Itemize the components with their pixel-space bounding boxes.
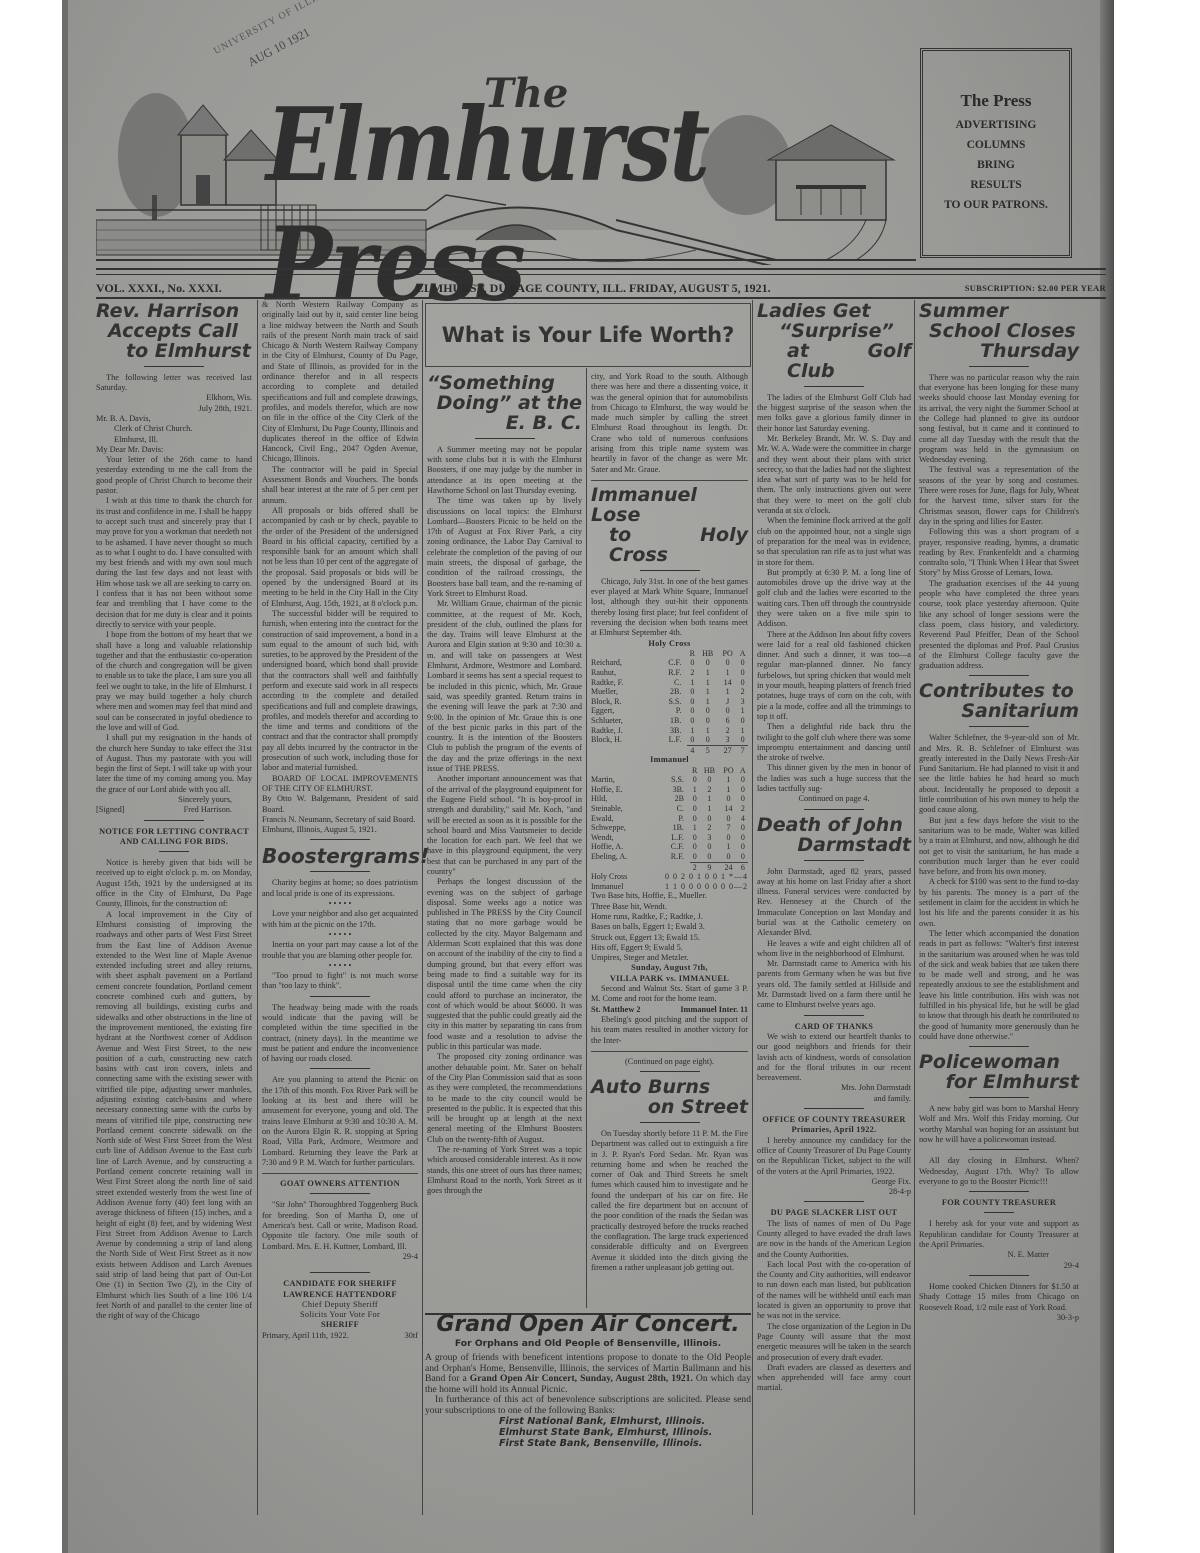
boostergram: Love your neighbor and also get acquaint… bbox=[262, 909, 418, 930]
headline-immanuel-lose: Immanuel Lose to Holy Cross bbox=[591, 486, 748, 566]
column-4: city, and York Road to the south. Althou… bbox=[591, 372, 748, 1273]
article-text: The proposed city zoning ordinance was a… bbox=[427, 1052, 582, 1145]
article-text: Notice is hereby given that bids will be… bbox=[96, 858, 252, 909]
article-text: The letter which accompanied the donatio… bbox=[919, 929, 1079, 1042]
sheriff-ad: Chief Deputy Sheriff bbox=[262, 1300, 418, 1310]
volume-number: VOL. XXXI., No. XXXI. bbox=[96, 281, 222, 296]
headline-something-doing: “Something Doing” at the E. B. C. bbox=[427, 374, 582, 434]
article-text: The time was taken up by lively discussi… bbox=[427, 496, 582, 599]
article-text: Home cooked Chicken Dinners for $1.50 at… bbox=[919, 1282, 1079, 1313]
divider bbox=[984, 1212, 1014, 1213]
box-score-row: Eggert,P.0001 bbox=[591, 706, 748, 716]
article-text: But just a few days before the visit to … bbox=[919, 816, 1079, 878]
continued-note: (Continued on page eight). bbox=[591, 1057, 748, 1067]
headline-line: to Holy Cross bbox=[591, 526, 748, 566]
signed-label: [Signed] bbox=[96, 805, 125, 815]
headline-line: Contributes to bbox=[919, 682, 1079, 702]
bank-list: First National Bank, Elmhurst, Illinois.… bbox=[499, 1416, 751, 1449]
headline-line: Ladies Get bbox=[757, 302, 911, 322]
headline-summer-school: Summer School Closes Thursday bbox=[919, 302, 1079, 362]
box-score-row: Reichard,C.F.0000 bbox=[591, 658, 748, 668]
headline-auto-burns: Auto Burns on Street bbox=[591, 1078, 748, 1118]
divider bbox=[804, 386, 864, 387]
article-text: John Darmstadt, aged 82 years, passed aw… bbox=[757, 867, 911, 939]
box-score-holy-cross: RHBPOAReichard,C.F.0000Rauhut,R.F.2110Ra… bbox=[591, 649, 748, 756]
divider bbox=[310, 1068, 370, 1069]
divider bbox=[969, 726, 1029, 727]
article-text: Each local Post with the co-operation of… bbox=[757, 1260, 911, 1322]
article-text: Perhaps the longest discussion of the ev… bbox=[427, 877, 582, 1052]
concert-text: In furtherance of this act of benevolenc… bbox=[425, 1395, 751, 1416]
divider bbox=[969, 1046, 1029, 1047]
article-text: I hope from the bottom of my heart that … bbox=[96, 630, 252, 733]
divider bbox=[310, 839, 370, 840]
adbox-line: ADVERTISING bbox=[956, 115, 1037, 135]
bank-name: First National Bank, Elmhurst, Illinois. bbox=[499, 1416, 751, 1427]
article-text: He leaves a wife and eight children all … bbox=[757, 939, 911, 960]
advertising-box: The Press ADVERTISING COLUMNS BRING RESU… bbox=[920, 48, 1072, 258]
board-signature: Elmhurst, Illinois, August 5, 1921. bbox=[262, 825, 418, 835]
ad-code: 30-3-p bbox=[919, 1313, 1079, 1323]
column-divider bbox=[422, 300, 423, 1515]
article-text: This dinner given by the men in honor of… bbox=[757, 763, 911, 794]
box-score-row: Steinable,C.01142 bbox=[591, 804, 748, 814]
article-text: I shall put my resignation in the hands … bbox=[96, 733, 252, 795]
article-text: On Tuesday shortly before 11 P. M. the F… bbox=[591, 1129, 748, 1273]
letter-signature: [Signed] Fred Harrison. bbox=[96, 805, 252, 815]
concert-date: Grand Open Air Concert, Sunday, August 2… bbox=[470, 1373, 693, 1384]
board-name: BOARD OF LOCAL IMPROVEMENTS OF THE CITY … bbox=[262, 774, 418, 795]
notice-title: NOTICE FOR LETTING CONTRACT AND CALLING … bbox=[96, 827, 252, 848]
thanks-signature: Mrs. John Darmstadt bbox=[757, 1083, 911, 1093]
article-text: Mr. Darmstadt came to America with his p… bbox=[757, 959, 911, 1010]
letter-date: July 28th, 1921. bbox=[96, 404, 252, 414]
page-edge-left bbox=[62, 0, 68, 1553]
divider bbox=[144, 820, 204, 821]
column-2: & North Western Railway Company as origi… bbox=[262, 300, 418, 1341]
divider bbox=[640, 1071, 700, 1072]
article-text: Mr. William Graue, chairman of the picni… bbox=[427, 599, 582, 774]
sheriff-ad: CANDIDATE FOR SHERIFF bbox=[262, 1279, 418, 1289]
box-score-row: Radtke, J.3B.1121 bbox=[591, 726, 748, 736]
ad-code: 29-4 bbox=[919, 1261, 1079, 1271]
box-score-totals: 29246 bbox=[591, 862, 748, 872]
headline-line: at Golf Club bbox=[757, 342, 911, 382]
sheriff-ad: Solicits Your Vote For bbox=[262, 1310, 418, 1320]
sheriff-ad: SHERIFF bbox=[262, 1320, 418, 1330]
concert-title: Grand Open Air Concert. bbox=[425, 1320, 751, 1331]
article-text: There was no particular reason why the r… bbox=[919, 373, 1079, 466]
box-score-row: Hoffie, A.C.F.0010 bbox=[591, 842, 748, 852]
signer-name: Fred Harrison. bbox=[184, 805, 232, 815]
boostergram: Are you planning to attend the Picnic on… bbox=[262, 1075, 418, 1168]
treasurer-signature: N. E. Matter bbox=[919, 1250, 1079, 1260]
headline-line: “Surprise” bbox=[757, 322, 911, 342]
column-divider bbox=[257, 300, 258, 1515]
separator-dots: • • • • • bbox=[262, 899, 418, 909]
article-text: Your letter of the 26th came to hand yes… bbox=[96, 455, 252, 496]
article-text: Another important announcement was that … bbox=[427, 774, 582, 877]
dateline: VOL. XXXI., No. XXXI. ELMHURST, DU PAGE … bbox=[96, 280, 1106, 296]
box-score-row: Block, R.S.S.01J3 bbox=[591, 697, 748, 707]
headline-line: Darmstadt bbox=[757, 836, 911, 856]
divider bbox=[969, 1097, 1029, 1098]
headline-death-darmstadt: Death of John Darmstadt bbox=[757, 816, 911, 856]
headline-line: Doing” at the bbox=[427, 394, 582, 414]
masthead: The Elmhurst Press bbox=[96, 45, 916, 265]
game-notes: Two Base hits, Hoffie, E., Mueller.Three… bbox=[591, 891, 748, 963]
game-note: Bases on balls, Eggert 1; Ewald 3. bbox=[591, 922, 748, 932]
divider bbox=[591, 480, 748, 481]
treasurer-subtitle: Primaries, April 1922. bbox=[757, 1125, 911, 1135]
treasurer-title: OFFICE OF COUNTY TREASURER bbox=[757, 1115, 911, 1125]
headline-line: “Something bbox=[427, 374, 582, 394]
bank-name: Elmhurst State Bank, Elmhurst, Illinois. bbox=[499, 1427, 751, 1438]
article-text: Second and Walnut Sts. Start of game 3 P… bbox=[591, 984, 748, 1005]
headline-line: Summer bbox=[919, 302, 1079, 322]
article-text: The contractor will be paid in Special A… bbox=[262, 465, 418, 506]
column-divider bbox=[914, 300, 915, 1515]
column-1: Rev. Harrison Accepts Call to Elmhurst T… bbox=[96, 300, 252, 1322]
column-divider bbox=[752, 300, 753, 1515]
divider bbox=[804, 860, 864, 861]
adbox-line: BRING bbox=[977, 155, 1015, 175]
box-score-row: Schweppe,1B.1270 bbox=[591, 823, 748, 833]
letter-salutation: My Dear Mr. Davis: bbox=[96, 445, 252, 455]
adbox-line: COLUMNS bbox=[967, 135, 1026, 155]
box-score-row: Wendt,L.F.0300 bbox=[591, 833, 748, 843]
article-text: Following this was a short program of a … bbox=[919, 527, 1079, 578]
separator-dots: • • • • • bbox=[262, 961, 418, 971]
goat-title: GOAT OWNERS ATTENTION bbox=[262, 1179, 418, 1189]
article-text: I hereby announce my candidacy for the o… bbox=[757, 1136, 911, 1177]
article-text: The following letter was received last S… bbox=[96, 373, 252, 394]
concert-subtitle: For Orphans and Old People of Bensenvill… bbox=[425, 1339, 751, 1350]
concert-text: A group of friends with beneficent inten… bbox=[425, 1353, 751, 1395]
article-text: A new baby girl was born to Marshal Henr… bbox=[919, 1104, 1079, 1145]
column-6: Summer School Closes Thursday There was … bbox=[919, 300, 1079, 1323]
article-text: All proposals or bids offered shall be a… bbox=[262, 506, 418, 609]
headline-line: Sanitarium bbox=[919, 702, 1079, 722]
treasurer-signature: George Fix. bbox=[757, 1177, 911, 1187]
game-note: Three Base hit, Wendt. bbox=[591, 902, 748, 912]
divider bbox=[969, 1149, 1029, 1150]
article-text: A check for $100 was sent to the fund to… bbox=[919, 877, 1079, 928]
boostergram: "Too proud to fight" is not much worse t… bbox=[262, 971, 418, 992]
separator-dots: • • • • • bbox=[262, 930, 418, 940]
divider bbox=[804, 1201, 864, 1202]
headline-rev-harrison: Rev. Harrison Accepts Call to Elmhurst bbox=[96, 302, 252, 362]
board-signature: By Otto W. Balgemann, President of said … bbox=[262, 794, 418, 815]
article-text: The festival was a representation of the… bbox=[919, 465, 1079, 527]
article-text: The successful bidder will be required t… bbox=[262, 609, 418, 774]
line-score: Holy Cross0 0 2 0 1 0 0 1 *—4Immanuel1 1… bbox=[591, 872, 748, 891]
article-text: The graduation exercises of the 44 young… bbox=[919, 579, 1079, 672]
box-score-row: Block, H.L.F.0030 bbox=[591, 735, 748, 745]
next-game-date: Sunday, August 7th, bbox=[591, 963, 748, 973]
letter-addressee: Elmhurst, Ill. bbox=[96, 435, 252, 445]
article-text: A local improvement in the City of Elmhu… bbox=[96, 910, 252, 1322]
score-team: St. Matthew 2 bbox=[591, 1005, 641, 1015]
column-5: Ladies Get “Surprise” at Golf Club The l… bbox=[757, 300, 911, 1394]
adbox-line: TO OUR PATRONS. bbox=[944, 195, 1048, 215]
headline-line: on Street bbox=[591, 1098, 748, 1118]
divider bbox=[475, 438, 535, 439]
game-note: Two Base hits, Hoffie, E., Mueller. bbox=[591, 891, 748, 901]
divider bbox=[591, 1051, 748, 1052]
headline-policewoman: Policewoman for Elmhurst bbox=[919, 1053, 1079, 1093]
divider bbox=[159, 851, 189, 852]
divider bbox=[969, 366, 1029, 367]
headline-line: Accepts Call bbox=[96, 322, 252, 342]
article-text: Walter Schlefner, the 9-year-old son of … bbox=[919, 733, 1079, 815]
ad-code: 28-4-p bbox=[757, 1187, 911, 1197]
headline-ladies-surprise: Ladies Get “Surprise” at Golf Club bbox=[757, 302, 911, 382]
headline-boostergrams: Boostergrams! bbox=[262, 846, 418, 867]
headline-line: Thursday bbox=[919, 342, 1079, 362]
boostergram: Charity begins at home; so does patrioti… bbox=[262, 878, 418, 899]
game-note: Umpires, Steger and Metzler. bbox=[591, 953, 748, 963]
headline-line: to Elmhurst bbox=[96, 342, 252, 362]
article-text: The close organization of the Legion in … bbox=[757, 1322, 911, 1363]
masthead-rule-top bbox=[96, 268, 1106, 270]
divider bbox=[310, 1193, 370, 1194]
score-line: St. Matthew 2 Immanuel Inter. 11 bbox=[591, 1005, 748, 1015]
letter-closing: Sincerely yours, bbox=[96, 795, 252, 805]
concert-notice: Grand Open Air Concert. For Orphans and … bbox=[425, 1318, 751, 1449]
subscription-price: SUBSCRIPTION: $2.00 PER YEAR bbox=[965, 283, 1106, 293]
article-text: When the feminine flock arrived at the g… bbox=[757, 516, 911, 567]
team-name: Holy Cross bbox=[591, 639, 748, 649]
headline-line: for Elmhurst bbox=[919, 1073, 1079, 1093]
dateline-rule-bottom bbox=[96, 297, 1106, 299]
goat-ad: "Sir John" Thoroughbred Toggenberg Buck … bbox=[262, 1200, 418, 1251]
box-score-row: Ebeling, A.R.F.0000 bbox=[591, 852, 748, 862]
box-score-row: Rauhut,R.F.2110 bbox=[591, 668, 748, 678]
letter-addressee: Mr. B. A. Davis, bbox=[96, 414, 252, 424]
article-text: All day closing in Elmhurst. When? Wedne… bbox=[919, 1156, 1079, 1187]
headline-contributes-sanitarium: Contributes to Sanitarium bbox=[919, 682, 1079, 722]
bank-name: First State Bank, Bensenville, Illinois. bbox=[499, 1438, 751, 1449]
headline-line: Death of John bbox=[757, 816, 911, 836]
game-note: Hits off, Eggert 9; Ewald 5. bbox=[591, 943, 748, 953]
life-worth-box: What is Your Life Worth? bbox=[425, 303, 751, 367]
box-score-row: Schlueter,1B.0060 bbox=[591, 716, 748, 726]
sheriff-primary: Primary, April 11th, 1922. 30tf bbox=[262, 1331, 418, 1341]
letter-addressee: Clerk of Christ Church. bbox=[96, 424, 252, 434]
boostergram: Inertia on your part may cause a lot of … bbox=[262, 940, 418, 961]
divider bbox=[640, 570, 700, 571]
column-3: “Something Doing” at the E. B. C. A Summ… bbox=[427, 372, 582, 1196]
adbox-title: The Press bbox=[961, 91, 1032, 111]
adbox-line: RESULTS bbox=[970, 175, 1021, 195]
box-score-row: Mueller,2B.0112 bbox=[591, 687, 748, 697]
article-text: The re-naming of York Street was a topic… bbox=[427, 1145, 582, 1196]
article-text: A Summer meeting may not be popular with… bbox=[427, 445, 582, 496]
headline-line: E. B. C. bbox=[427, 414, 582, 434]
article-text: Chicago, July 31st. In one of the best g… bbox=[591, 577, 748, 639]
thanks-title: CARD OF THANKS bbox=[757, 1022, 911, 1032]
board-signature: Francis N. Neumann, Secretary of said Bo… bbox=[262, 815, 418, 825]
headline-line: Auto Burns bbox=[591, 1078, 748, 1098]
headline-line: Rev. Harrison bbox=[96, 302, 252, 322]
box-score-row: Hild,2B0100 bbox=[591, 794, 748, 804]
divider bbox=[969, 1191, 1029, 1192]
article-text: I hereby ask for your vote and support a… bbox=[919, 1219, 1079, 1250]
line-score-row: Holy Cross0 0 2 0 1 0 0 1 *—4 bbox=[591, 872, 748, 882]
article-text: Draft evaders are classed as deserters a… bbox=[757, 1363, 911, 1394]
box-score-row: Radtke, F.C.11140 bbox=[591, 678, 748, 688]
article-text: Then a delightful ride back thru the twi… bbox=[757, 722, 911, 763]
article-text: city, and York Road to the south. Althou… bbox=[591, 372, 748, 475]
divider bbox=[310, 871, 370, 872]
article-text: But promptly at 6:30 P. M. a long line o… bbox=[757, 568, 911, 630]
article-text: Ebeling's good pitching and the support … bbox=[591, 1015, 748, 1046]
divider bbox=[804, 1108, 864, 1109]
line-score-row: Immanuel1 1 0 0 0 0 0 0 0—2 bbox=[591, 882, 748, 892]
box-score-row: Ewald,P.0004 bbox=[591, 814, 748, 824]
sheriff-ad: LAWRENCE HATTENDORF bbox=[262, 1290, 418, 1300]
slacker-title: DU PAGE SLACKER LIST OUT bbox=[757, 1208, 911, 1218]
divider bbox=[262, 1173, 418, 1174]
article-text: The ladies of the Elmhurst Golf Club had… bbox=[757, 393, 911, 434]
divider bbox=[310, 1272, 370, 1273]
divider bbox=[640, 1122, 700, 1123]
box-score-row: Hoffie, E.3B.1210 bbox=[591, 785, 748, 795]
place-and-date: ELMHURST, DU PAGE COUNTY, ILL. FRIDAY, A… bbox=[416, 281, 771, 296]
headline-line: Immanuel Lose bbox=[591, 486, 748, 526]
article-text: Mr. Berkeley Brandt, Mr. W. S. Day and M… bbox=[757, 434, 911, 516]
article-text: The lists of names of men of Du Page Cou… bbox=[757, 1219, 911, 1260]
divider bbox=[969, 1275, 1029, 1276]
article-text: I wish at this time to thank the church … bbox=[96, 496, 252, 630]
ad-code: 29-4 bbox=[262, 1252, 418, 1262]
box-score-row: Martin,S.S.0010 bbox=[591, 775, 748, 785]
box-score-totals: 45277 bbox=[591, 745, 748, 755]
thanks-signature: and family. bbox=[757, 1094, 911, 1104]
article-text: There at the Addison Inn about fifty cov… bbox=[757, 630, 911, 723]
divider bbox=[969, 675, 1029, 676]
headline-line: School Closes bbox=[919, 322, 1079, 342]
page-edge-right bbox=[1100, 0, 1114, 1553]
masthead-rule-thin bbox=[96, 274, 1106, 275]
divider bbox=[804, 809, 864, 810]
divider bbox=[804, 1015, 864, 1016]
team-name: Immanuel bbox=[591, 755, 748, 765]
column-divider bbox=[586, 368, 587, 1308]
game-note: Struck out, Eggert 13; Ewald 15. bbox=[591, 933, 748, 943]
letter-place: Elkhorn, Wis. bbox=[96, 393, 252, 403]
article-text: & North Western Railway Company as origi… bbox=[262, 300, 418, 465]
divider bbox=[310, 996, 370, 997]
next-game: VILLA PARK vs. IMMANUEL bbox=[591, 974, 748, 984]
game-note: Home runs, Radtke, F.; Radtke, J. bbox=[591, 912, 748, 922]
continued-note: Continued on page 4. bbox=[757, 794, 911, 804]
score-team: Immanuel Inter. 11 bbox=[680, 1005, 748, 1015]
headline-line: Policewoman bbox=[919, 1053, 1079, 1073]
treasurer-title: FOR COUNTY TREASURER bbox=[919, 1198, 1079, 1208]
box-score-immanuel: RHBPOAMartin,S.S.0010Hoffie, E.3B.1210Hi… bbox=[591, 766, 748, 873]
primary-date: Primary, April 11th, 1922. bbox=[262, 1331, 349, 1341]
divider bbox=[144, 366, 204, 367]
boostergram: The headway being made with the roads wo… bbox=[262, 1003, 418, 1065]
article-text: We wish to extend our heartfelt thanks t… bbox=[757, 1032, 911, 1083]
ad-code: 30tf bbox=[405, 1331, 418, 1341]
